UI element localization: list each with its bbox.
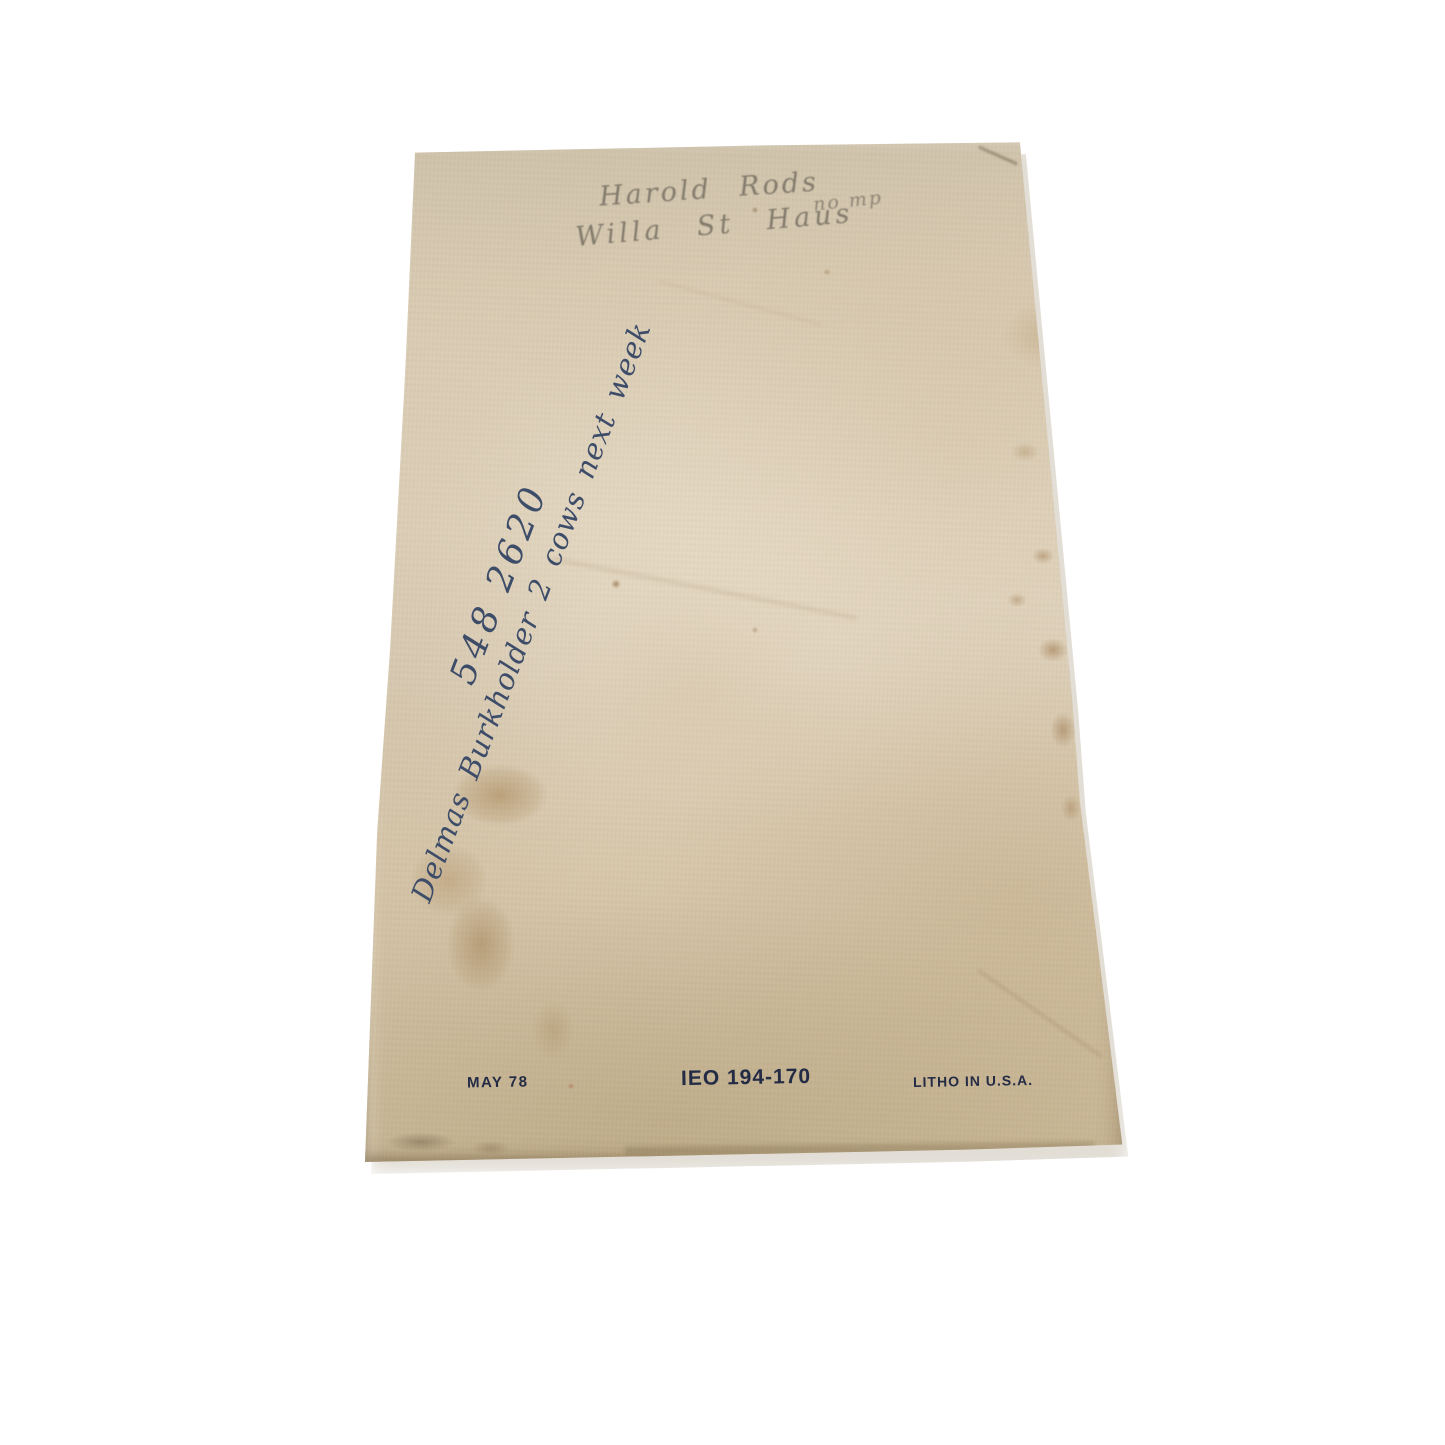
crease-bottom-right [978,969,1103,1057]
ink-handwriting-block: 548 2620 Delmas Burkholder 2 cows next w… [367,283,664,906]
printed-date-code: MAY 78 [467,1073,529,1091]
printed-part-number: IEO 194-170 [681,1065,811,1091]
crease-top-right-corner [978,146,1018,166]
printed-litho-mark: LITHO IN U.S.A. [913,1072,1033,1090]
crease-top-center [658,280,823,326]
booklet-back-cover: Harold Rods no mp Willa St Haus 548 2620… [365,132,1123,1162]
crease-middle [553,557,858,619]
ink-handwriting-message: Delmas Burkholder 2 cows next week [407,298,663,906]
ink-handwriting-phone-number: 548 2620 [367,283,630,893]
photo-scene: Harold Rods no mp Willa St Haus 548 2620… [0,0,1445,1445]
